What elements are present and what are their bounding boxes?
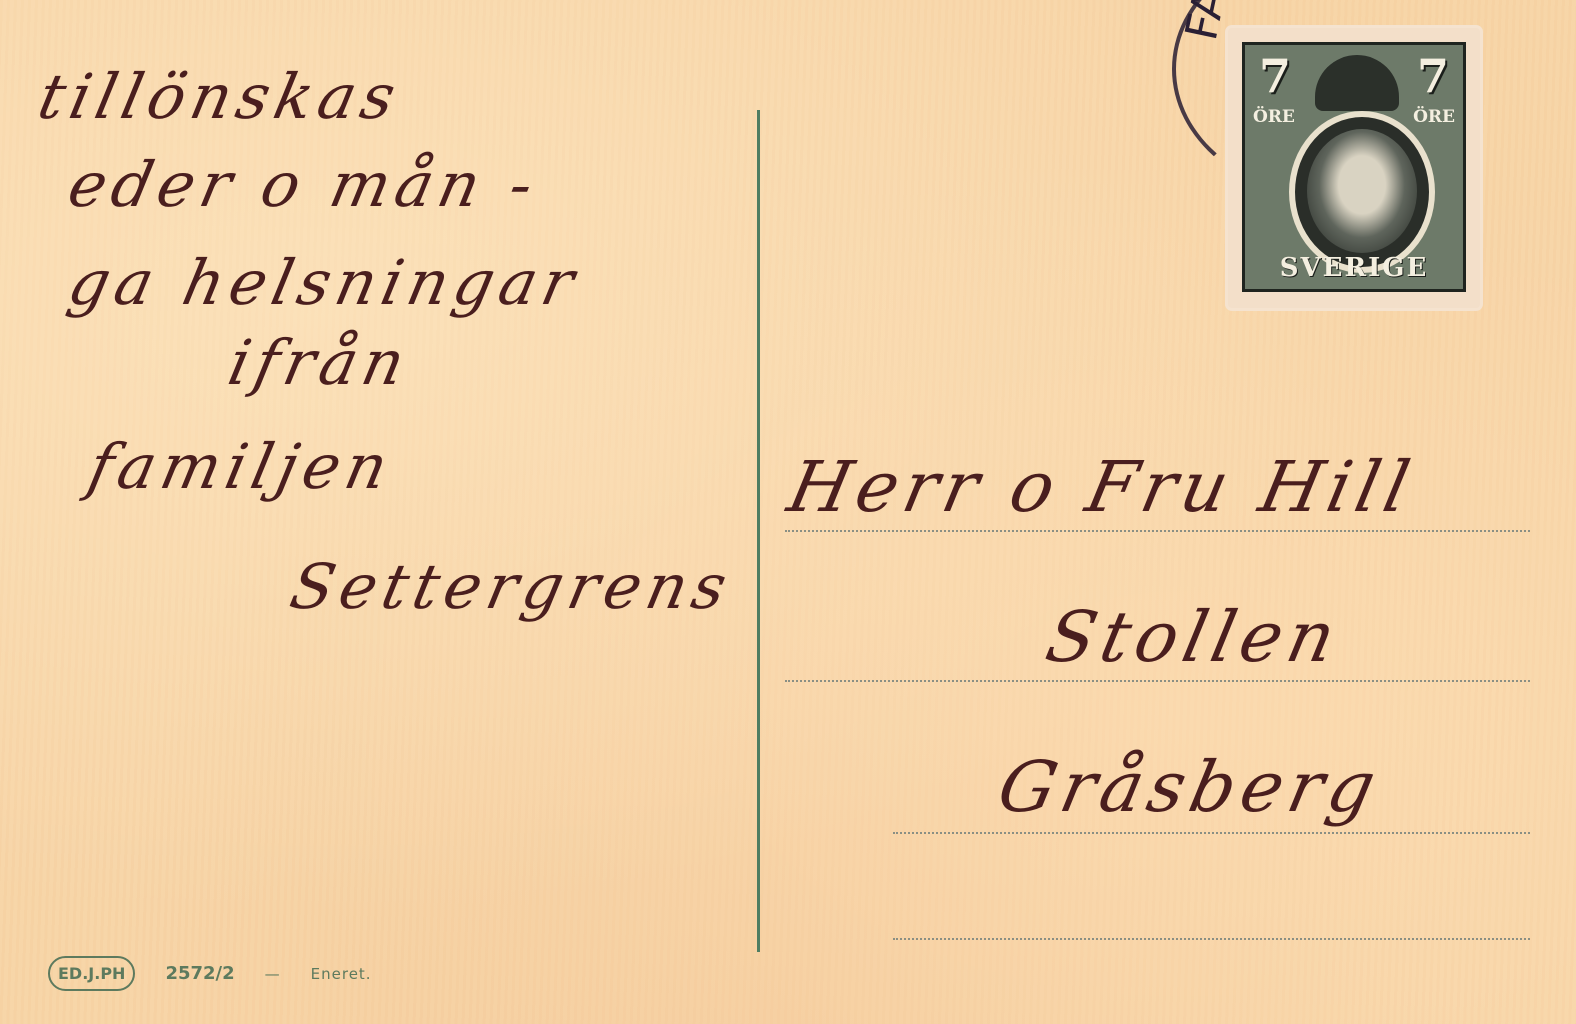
stamp-value-left: 7: [1259, 49, 1291, 103]
center-divider: [757, 110, 760, 952]
message-line-2: eder o mån -: [62, 148, 545, 221]
message-line-1: tillönskas: [32, 60, 407, 133]
stamp-value-right: 7: [1417, 49, 1449, 103]
publisher-imprint: ED.J.PH 2572/2 — Eneret.: [48, 956, 372, 991]
message-line-5: familjen: [82, 430, 400, 503]
stamp-unit-right: ÖRE: [1413, 107, 1455, 127]
stamp-unit-left: ÖRE: [1253, 107, 1295, 127]
signature: Settergrens: [284, 550, 739, 623]
publisher-name: Eneret.: [311, 965, 372, 983]
address-line-1: Herr o Fru Hill: [781, 446, 1422, 528]
stamp-face: 7 7 ÖRE ÖRE SVERIGE: [1242, 42, 1466, 292]
card-number: 2572/2: [165, 963, 234, 984]
address-dotted-line-3: [893, 832, 1530, 834]
address-line-2: Stollen: [1039, 596, 1348, 678]
crown-icon: [1315, 55, 1399, 111]
address-dotted-line-1: [785, 530, 1530, 532]
postage-stamp: 7 7 ÖRE ÖRE SVERIGE: [1228, 28, 1480, 308]
address-dotted-line-4: [893, 938, 1530, 940]
message-line-3: ga helsningar: [62, 246, 586, 319]
address-dotted-line-2: [785, 680, 1530, 682]
king-portrait-icon: [1307, 129, 1417, 253]
imprint-separator: —: [265, 965, 281, 983]
address-line-3: Gråsberg: [991, 746, 1388, 828]
message-line-4: ifrån: [222, 326, 417, 399]
publisher-logo: ED.J.PH: [48, 956, 135, 991]
stamp-country: SVERIGE: [1245, 253, 1463, 283]
